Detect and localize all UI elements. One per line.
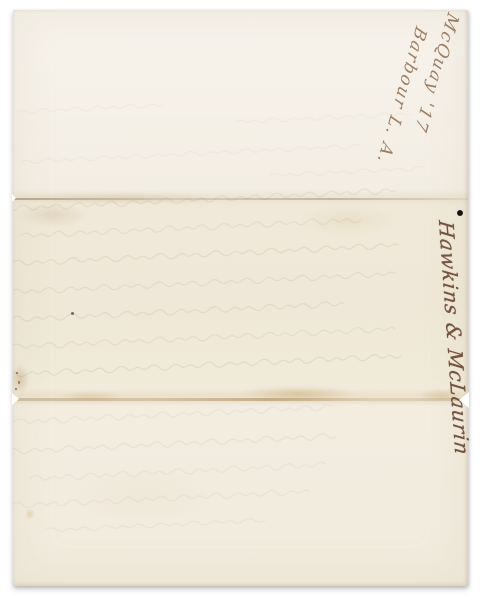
stain (18, 203, 88, 227)
stain (58, 391, 123, 402)
ghost-writing-line (22, 144, 361, 163)
ghost-writing-line (14, 405, 332, 424)
signature: Hawkins & McLaurin (434, 219, 475, 456)
ghost-writing-line (45, 518, 266, 531)
stain (298, 205, 398, 235)
fold-line-top (13, 198, 468, 200)
ghost-writing-line (29, 462, 326, 480)
ghost-writing-line (13, 244, 398, 267)
docket-annotation: McQuay '17 Barbour L. A. (369, 0, 465, 181)
ghost-writing-line (13, 302, 345, 323)
fold-notch-right (459, 392, 469, 408)
letter-verso: McQuay '17 Barbour L. A. Hawkins & McLau… (13, 10, 468, 586)
stain (25, 508, 35, 520)
fold-notch-left (12, 393, 19, 405)
speck (15, 388, 17, 390)
speck (18, 381, 20, 384)
speck (71, 312, 74, 315)
stain (13, 193, 223, 203)
ghost-writing-line (16, 104, 162, 114)
ghost-writing-line (13, 327, 396, 349)
ghost-writing-line (13, 354, 401, 377)
fold-notch-top-left (12, 194, 16, 202)
ink-dot (457, 210, 463, 216)
ghost-writing-line (13, 434, 337, 455)
speck (16, 372, 18, 374)
fold-line-bottom (13, 398, 468, 401)
photo-background: McQuay '17 Barbour L. A. Hawkins & McLau… (0, 0, 483, 600)
ghost-writing-line (13, 189, 396, 212)
stain (238, 386, 358, 402)
ghost-writing-line (20, 218, 361, 237)
stain (11, 364, 29, 394)
stain (53, 460, 233, 530)
ghost-writing-line (13, 272, 395, 294)
ghost-writing-line (13, 490, 310, 509)
